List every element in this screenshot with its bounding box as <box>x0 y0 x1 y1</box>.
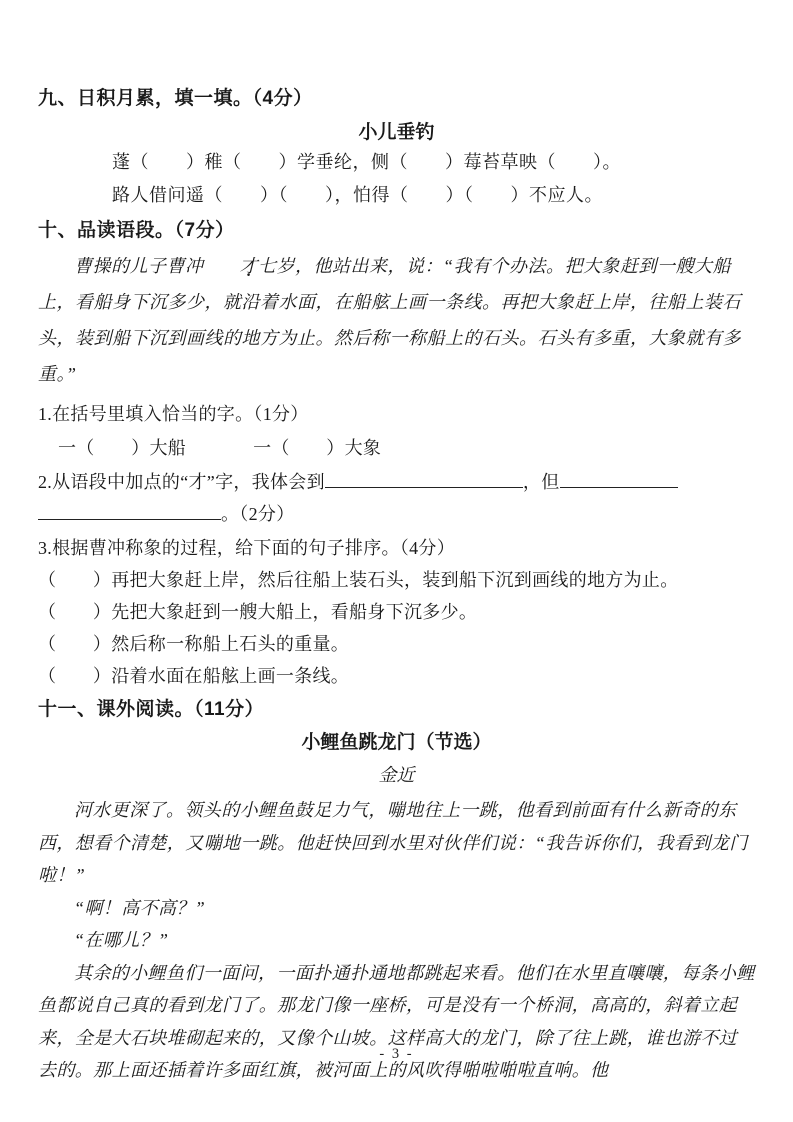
poem-line-1: 蓬（ ）稚（ ）学垂纶，侧（ ）莓苔草映（ ）。 <box>38 146 755 179</box>
poem-line-2: 路人借问遥（ ）（ ），怕得（ ）（ ）不应人。 <box>38 179 755 212</box>
question-2-text-3: 。（2分） <box>221 504 295 524</box>
story-dialog-2: “在哪儿？” <box>38 924 755 957</box>
section-ten-heading: 十、品读语段。（7分） <box>38 218 755 243</box>
question-2-text-1: 2.从语段中加点的“才”字，我体会到 <box>38 472 325 492</box>
page-number: - 3 - <box>0 1046 793 1063</box>
question-2: 2.从语段中加点的“才”字，我体会到，但。（2分） <box>38 466 755 530</box>
question-1-blank-left: 一（ ）大船 <box>58 438 186 458</box>
question-1-blank-right: 一（ ）大象 <box>253 438 381 458</box>
question-3-item-2: （ ）先把大象赶到一艘大船上，看船身下沉多少。 <box>38 596 755 628</box>
story-author: 金近 <box>38 759 755 791</box>
question-3-label: 3.根据曹冲称象的过程，给下面的句子排序。（4分） <box>38 532 755 564</box>
question-1-label: 1.在括号里填入恰当的字。（1分） <box>38 398 755 430</box>
question-3-item-3: （ ）然后称一称船上石头的重量。 <box>38 628 755 660</box>
question-3-item-1: （ ）再把大象赶上岸，然后往船上装石头，装到船下沉到画线的地方为止。 <box>38 564 755 596</box>
answer-blank <box>560 469 678 488</box>
emphasized-char: 才 <box>204 248 259 284</box>
exam-page: 九、日积月累，填一填。（4分） 小儿垂钓 蓬（ ）稚（ ）学垂纶，侧（ ）莓苔草… <box>0 0 793 1087</box>
poem-title: 小儿垂钓 <box>38 120 755 146</box>
question-2-text-2: ，但 <box>523 472 560 492</box>
reading-passage: 曹操的儿子曹冲才七岁，他站出来，说：“我有个办法。把大象赶到一艘大船上，看船身下… <box>38 248 755 392</box>
answer-blank <box>38 501 221 520</box>
passage-text-before: 曹操的儿子曹冲 <box>74 256 204 276</box>
story-paragraph-1: 河水更深了。领头的小鲤鱼鼓足力气，嘣地往上一跳，他看到前面有什么新奇的东西，想看… <box>38 794 755 892</box>
section-nine-heading: 九、日积月累，填一填。（4分） <box>38 86 755 111</box>
story-dialog-1: “啊！高不高？” <box>38 892 755 925</box>
question-3-item-4: （ ）沿着水面在船舷上画一条线。 <box>38 660 755 692</box>
story-paragraph-2: 其余的小鲤鱼们一面问，一面扑通扑通地都跳起来看。他们在水里直嚷嚷，每条小鲤鱼都说… <box>38 957 755 1087</box>
answer-blank <box>325 469 523 488</box>
story-title: 小鲤鱼跳龙门（节选） <box>38 729 755 757</box>
section-eleven-heading: 十一、课外阅读。（11分） <box>38 697 755 722</box>
question-1-blanks: 一（ ）大船一（ ）大象 <box>38 432 755 464</box>
